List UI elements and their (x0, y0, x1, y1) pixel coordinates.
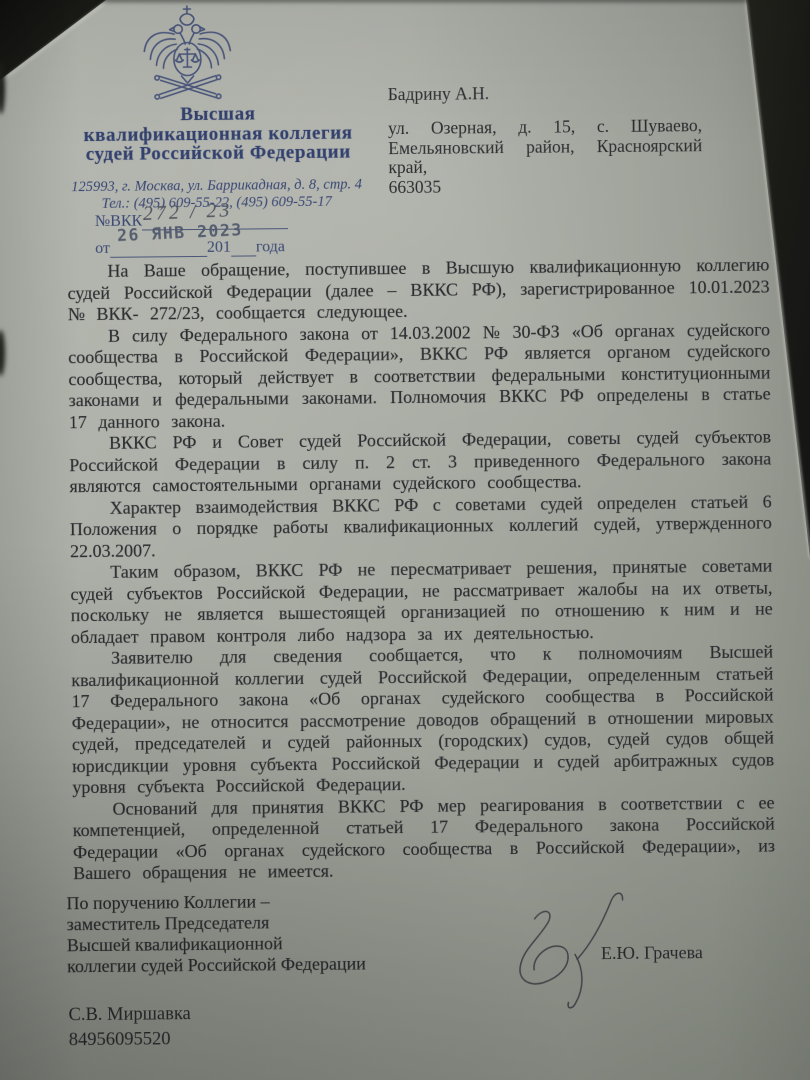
closing-line: Высшей квалификационной (67, 932, 366, 956)
body-paragraph: Оснований для принятия ВККС РФ мер реаги… (72, 792, 775, 885)
coat-of-arms-eagle-icon (141, 4, 234, 107)
closing-line: заместитель Председателя (67, 911, 366, 935)
body-paragraph: ВККС РФ и Совет судей Российской Федерац… (69, 426, 772, 497)
date-label: от (95, 240, 110, 257)
executor-phone: 84956095520 (69, 1029, 171, 1051)
photo-top-edge-shadow (100, 0, 748, 2)
signer-name: Е.Ю. Грачева (601, 942, 703, 964)
date-year-blank (231, 239, 256, 256)
org-name-line: судей Российской Федерации (34, 142, 402, 165)
recipient-address-line: 663035 (389, 175, 703, 198)
closing-line: По поручению Коллегии – (66, 890, 365, 914)
letter-photo: Высшая квалификационная коллегия судей Р… (0, 0, 810, 1080)
body-paragraph: В силу Федерального закона от 14.03.2002… (68, 319, 771, 433)
body-paragraph: Характер взаимодействия ВККС РФ с совета… (70, 491, 773, 562)
date-year-prefix: 201 (207, 239, 231, 256)
body-paragraph: Заявителю для сведения сообщается, что к… (71, 641, 774, 798)
closing-block: По поручению Коллегии – заместитель Пред… (66, 890, 366, 977)
body-paragraph: На Ваше обращение, поступившее в Высшую … (67, 254, 770, 325)
letterhead-org-name: Высшая квалификационная коллегия судей Р… (34, 103, 403, 165)
letter-body: На Ваше обращение, поступившее в Высшую … (67, 254, 775, 884)
recipient-address-line: Емельяновский район, Красноярский край, (388, 136, 702, 178)
closing-line: коллегии судей Российской Федерации (67, 953, 366, 977)
date-year-suffix: года (256, 238, 285, 255)
body-paragraph: Таким образом, ВККС РФ не пересматривает… (70, 555, 773, 648)
recipient-address: ул. Озерная, д. 15, с. Шуваево, Емельяно… (388, 116, 703, 197)
recipient-name: Бадрину А.Н. (388, 83, 490, 105)
letter-paper: Высшая квалификационная коллегия судей Р… (0, 0, 810, 1080)
executor-name: С.В. Миршавка (68, 1004, 190, 1026)
